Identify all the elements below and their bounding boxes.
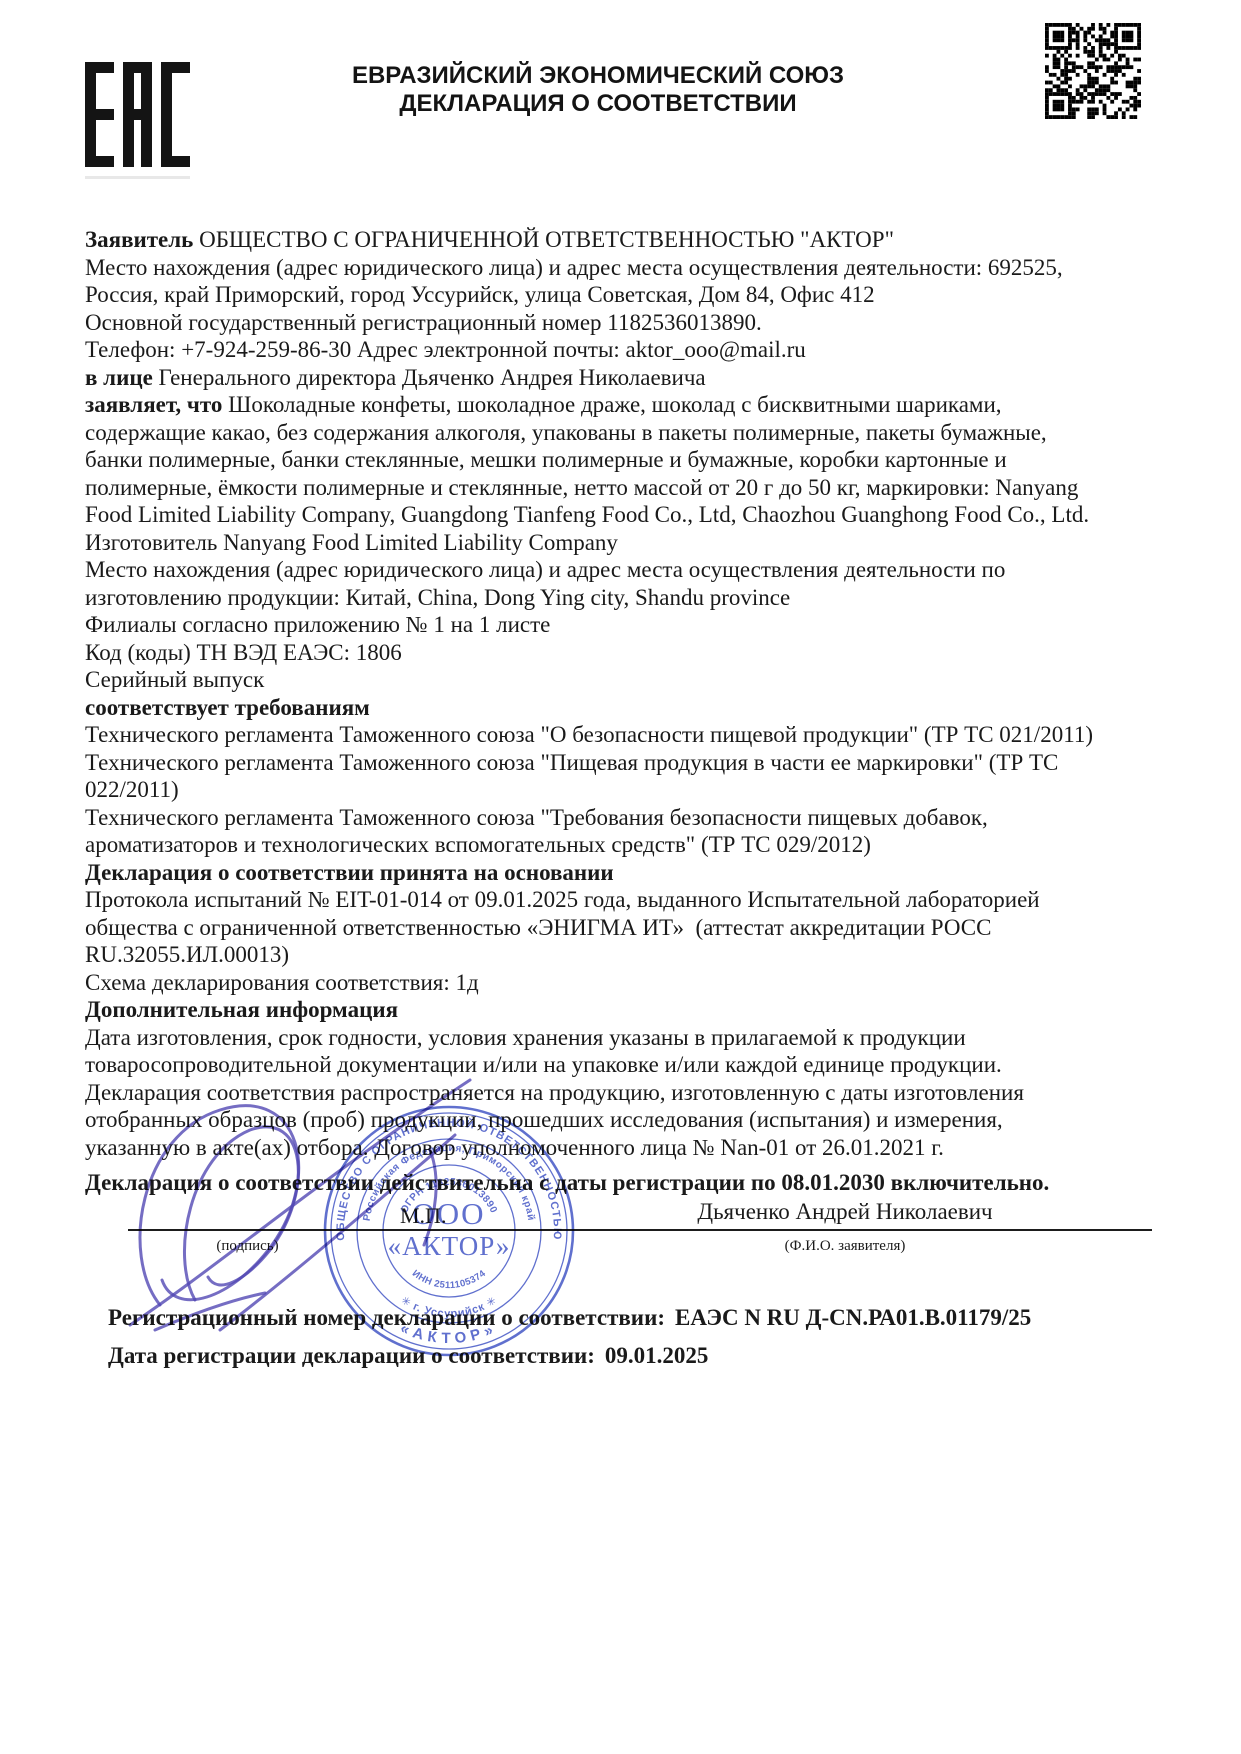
doc-line: отобранных образцов (проб) продукции, пр… [85,1106,1160,1134]
doc-line: Технического регламента Таможенного союз… [85,804,1160,832]
registration-number-value: ЕАЭС N RU Д-CN.РА01.В.01179/25 [675,1305,1031,1330]
doc-line: Протокола испытаний № EIT-01-014 от 09.0… [85,886,1160,914]
registration-date-line: Дата регистрации декларации о соответств… [85,1317,708,1395]
doc-line: Изготовитель Nanyang Food Limited Liabil… [85,529,1160,557]
doc-line: Заявитель ОБЩЕСТВО С ОГРАНИЧЕННОЙ ОТВЕТС… [85,226,1160,254]
document-title: ЕВРАЗИЙСКИЙ ЭКОНОМИЧЕСКИЙ СОЮЗ ДЕКЛАРАЦИ… [185,62,1011,118]
signature-line [128,1229,1152,1231]
doc-line: в лице Генерального директора Дьяченко А… [85,364,1160,392]
doc-line: 022/2011) [85,776,1160,804]
doc-line: изготовлению продукции: Китай, China, Do… [85,584,1160,612]
doc-line: Дополнительная информация [85,996,1160,1024]
stamp-place-label: М.П. [400,1203,446,1229]
validity-statement: Декларация о соответствии действительна … [85,1170,1160,1196]
doc-line: Основной государственный регистрационный… [85,309,1160,337]
doc-line: указанную в акте(ах) отбора. Договор упо… [85,1134,1160,1162]
doc-line: Декларация соответствия распространяется… [85,1079,1160,1107]
doc-line: ароматизаторов и технологических вспомог… [85,831,1160,859]
doc-line: Россия, край Приморский, город Уссурийск… [85,281,1160,309]
doc-line: полимерные, ёмкости полимерные и стеклян… [85,474,1160,502]
stamp-center-aktor: «АКТОР» [388,1231,511,1261]
doc-line: Телефон: +7-924-259-86-30 Адрес электрон… [85,336,1160,364]
doc-line: Место нахождения (адрес юридического лиц… [85,556,1160,584]
qr-code [1045,23,1141,119]
doc-line: Схема декларирования соответствия: 1д [85,969,1160,997]
doc-line: Филиалы согласно приложению № 1 на 1 лис… [85,611,1160,639]
doc-line: Технического регламента Таможенного союз… [85,749,1160,777]
applicant-name: Дьяченко Андрей Николаевич [690,1199,1000,1225]
doc-line: Серийный выпуск [85,666,1160,694]
signature-caption: (подпись) [160,1238,335,1255]
doc-line: банки полимерные, банки стеклянные, мешк… [85,446,1160,474]
doc-line: содержащие какао, без содержания алкогол… [85,419,1160,447]
document-body: Заявитель ОБЩЕСТВО С ОГРАНИЧЕННОЙ ОТВЕТС… [85,226,1160,1161]
doc-line: заявляет, что Шоколадные конфеты, шокола… [85,391,1160,419]
doc-line: товаросопроводительной документации и/ил… [85,1051,1160,1079]
doc-line: Код (коды) ТН ВЭД ЕАЭС: 1806 [85,639,1160,667]
applicant-name-caption: (Ф.И.О. заявителя) [695,1238,995,1255]
title-line-2: ДЕКЛАРАЦИЯ О СООТВЕТСТВИИ [185,90,1011,118]
logo-underline [85,176,190,179]
doc-line: Декларация о соответствии принята на осн… [85,859,1160,887]
registration-date-label: Дата регистрации декларации о соответств… [108,1343,595,1368]
declaration-document: ЕВРАЗИЙСКИЙ ЭКОНОМИЧЕСКИЙ СОЮЗ ДЕКЛАРАЦИ… [0,0,1241,1754]
doc-line: Дата изготовления, срок годности, услови… [85,1024,1160,1052]
eac-logo [85,62,190,167]
doc-line: общества с ограниченной ответственностью… [85,914,1160,942]
title-line-1: ЕВРАЗИЙСКИЙ ЭКОНОМИЧЕСКИЙ СОЮЗ [185,62,1011,90]
doc-line: соответствует требованиям [85,694,1160,722]
doc-line: Технического регламента Таможенного союз… [85,721,1160,749]
doc-line: Место нахождения (адрес юридического лиц… [85,254,1160,282]
doc-line: Food Limited Liability Company, Guangdon… [85,501,1160,529]
doc-line: RU.32055.ИЛ.00013) [85,941,1160,969]
registration-date-value: 09.01.2025 [605,1343,709,1368]
